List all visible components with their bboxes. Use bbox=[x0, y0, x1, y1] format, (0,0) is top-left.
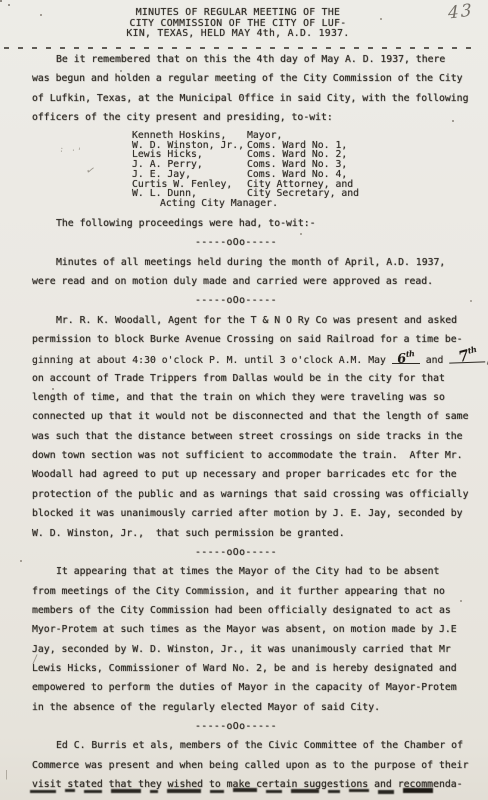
handwritten-7th: 7th bbox=[456, 344, 478, 362]
text-line: were read and on motion duly made and ca… bbox=[32, 272, 478, 291]
text-line: down town section was not sufficient to … bbox=[32, 446, 478, 465]
text-line: in the absence of the regularly elected … bbox=[32, 698, 478, 717]
dashed-divider-rule bbox=[4, 47, 476, 49]
scanned-minutes-page: 43 MINUTES OF REGULAR MEETING OF THE CIT… bbox=[0, 0, 488, 800]
text-line: connected up that it would not be discon… bbox=[32, 407, 478, 426]
handwritten-date-slot-2: 7th bbox=[449, 348, 485, 363]
title-line-1: MINUTES OF REGULAR MEETING OF THE bbox=[118, 8, 358, 19]
pencil-mark: : ·' bbox=[59, 144, 83, 157]
may-line-connector: and bbox=[420, 355, 450, 366]
text-line: Minutes of all meetings held during the … bbox=[32, 253, 478, 272]
text-line: blocked it was unanimously carried after… bbox=[32, 504, 478, 523]
text-line: was such that the distance between stree… bbox=[32, 427, 478, 446]
text-line: officers of the city present and presidi… bbox=[32, 108, 478, 127]
text-line: from meetings of the City Commission, an… bbox=[32, 582, 478, 601]
text-line: Be it remembered that on this the 4th da… bbox=[32, 50, 478, 69]
scan-specks bbox=[0, 0, 2, 2]
text-line: Mr. R. K. Woodall, Agent for the T & N O… bbox=[32, 311, 478, 330]
text-line: Woodall had agreed to put up necessary a… bbox=[32, 465, 478, 484]
may-line-prefix: ginning at about 4:30 o'clock P. M. unti… bbox=[32, 355, 392, 366]
text-line: Myor-Protem at such times as the Mayor w… bbox=[32, 620, 478, 639]
text-line: -----oOo----- bbox=[32, 233, 478, 252]
officer-rows: Kenneth Hoskins,Mayor,W. D. Winston, Jr.… bbox=[132, 131, 462, 199]
officers-footer: Acting City Manager. bbox=[160, 199, 462, 209]
text-line: permission to block Burke Avenue Crossin… bbox=[32, 330, 478, 349]
handwritten-date-slot-1: 6th bbox=[392, 350, 420, 364]
may-dates-line: ginning at about 4:30 o'clock P. M. unti… bbox=[32, 349, 482, 371]
title-line-3: KIN, TEXAS, HELD MAY 4th, A.D. 1937. bbox=[118, 29, 358, 40]
handwritten-6th: 6th bbox=[396, 348, 415, 365]
text-line: Commerce was present and when being call… bbox=[32, 756, 478, 775]
text-line: The following proceedings were had, to-w… bbox=[32, 214, 478, 233]
text-line: W. D. Winston, Jr., that such permission… bbox=[32, 524, 478, 543]
text-line: was begun and holden a regular meeting o… bbox=[32, 69, 478, 88]
officers-list: Kenneth Hoskins,Mayor,W. D. Winston, Jr.… bbox=[132, 131, 462, 209]
text-line: length of time, and that the train on wh… bbox=[32, 388, 478, 407]
text-line: Lewis Hicks, Commissioner of Ward No. 2,… bbox=[32, 659, 478, 678]
opening-paragraph: Be it remembered that on this the 4th da… bbox=[32, 50, 478, 127]
text-line: on account of Trade Trippers from Dallas… bbox=[32, 369, 478, 388]
minutes-body: The following proceedings were had, to-w… bbox=[32, 214, 478, 794]
text-line: -----oOo----- bbox=[32, 717, 478, 736]
text-line: empowered to perform the duties of Mayor… bbox=[32, 678, 478, 697]
text-line: protection of the public and as warnings… bbox=[32, 485, 478, 504]
text-line: members of the City Commission had been … bbox=[32, 601, 478, 620]
text-line: of Lufkin, Texas, at the Municipal Offic… bbox=[32, 89, 478, 108]
text-line: Ed C. Burris et als, members of the Civi… bbox=[32, 736, 478, 755]
pencil-tick-mark: | bbox=[5, 770, 8, 780]
text-line: It appearing that at times the Mayor of … bbox=[32, 562, 478, 581]
cutoff-text-smudge bbox=[30, 787, 484, 795]
text-line: -----oOo----- bbox=[32, 543, 478, 562]
handwritten-page-number: 43 bbox=[448, 0, 474, 23]
document-title: MINUTES OF REGULAR MEETING OF THE CITY C… bbox=[118, 8, 358, 40]
text-line: Jay, seconded by W. D. Winston, Jr., it … bbox=[32, 640, 478, 659]
pencil-check-mark: ✓ bbox=[85, 163, 97, 178]
text-line: -----oOo----- bbox=[32, 291, 478, 310]
